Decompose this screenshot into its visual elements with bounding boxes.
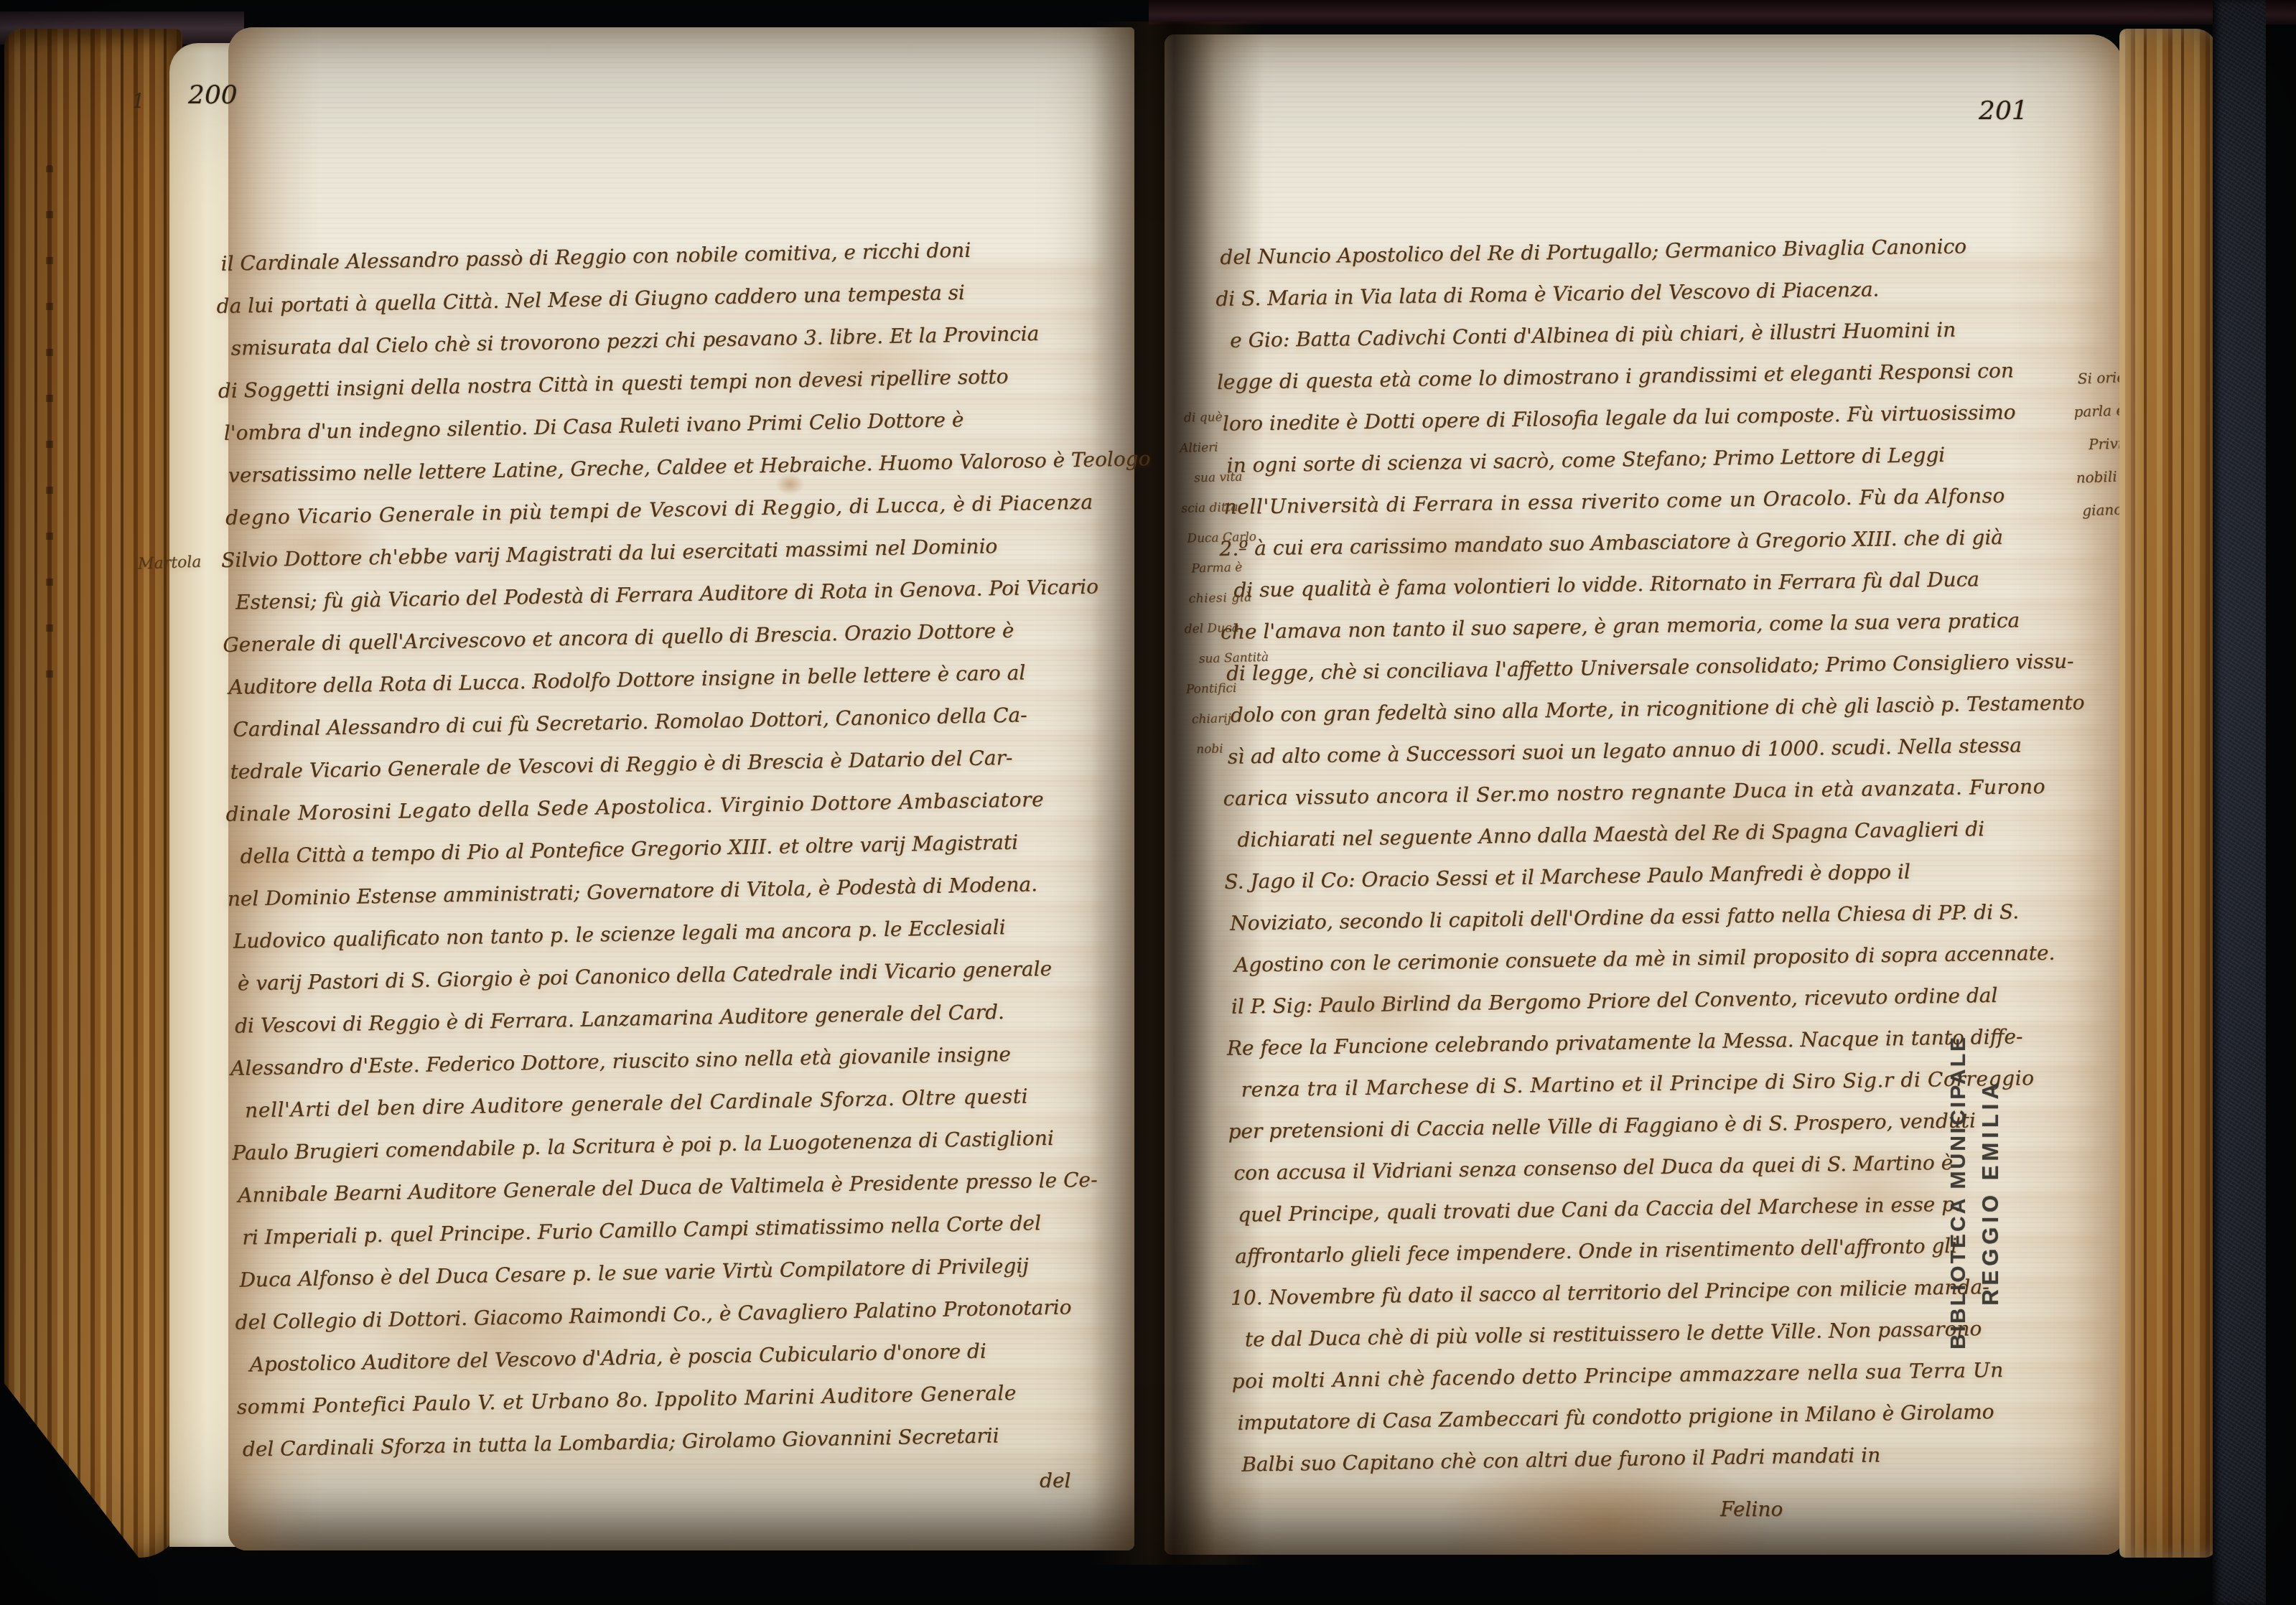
right-leather-cover [2213,0,2266,1605]
library-stamp: BIBLIOTECA MUNICIPALE REGGIO EMILIA [1936,1024,2015,1361]
left-page-text: il Cardinale Alessandro passò di Reggio … [215,226,1135,1471]
book-head-leather-edge [1149,0,2296,24]
right-catchword: Felino [1720,1497,1783,1521]
left-fore-edge-page-stack [4,29,182,1558]
right-folio-number: 201 [1979,96,2028,126]
left-margin-note: Martola [138,553,202,573]
left-folio-number: 200 [188,80,238,110]
right-fore-edge-page-stack [2119,29,2217,1558]
manuscript-photo: 1 200 Martola il Cardinale Alessandro pa… [0,0,2296,1605]
left-corner-mark: 1 [132,90,144,113]
library-stamp-line1: BIBLIOTECA MUNICIPALE [1946,1024,1971,1361]
library-stamp-line2: REGGIO EMILIA [1978,1024,2004,1361]
left-catchword: del [1040,1469,1070,1492]
